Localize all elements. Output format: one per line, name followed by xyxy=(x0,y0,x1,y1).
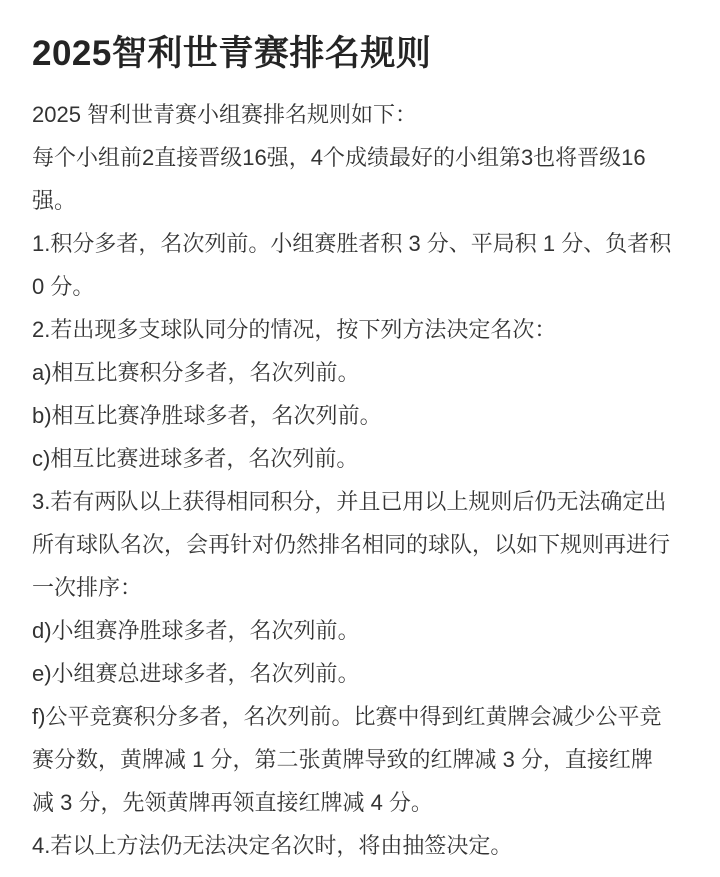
text-line: 每个小组前2直接晋级16强，4个成绩最好的小组第3也将晋级16 xyxy=(32,136,693,179)
text-line: 2.若出现多支球队同分的情况，按下列方法决定名次： xyxy=(32,308,693,351)
text-line: 3.若有两队以上获得相同积分，并且已用以上规则后仍无法确定出 xyxy=(32,480,693,523)
text-line: f)公平竞赛积分多者，名次列前。比赛中得到红黄牌会减少公平竞 xyxy=(32,695,693,738)
article-page: 2025智利世青赛排名规则 2025 智利世青赛小组赛排名规则如下：每个小组前2… xyxy=(0,0,720,877)
paragraph: 1.积分多者，名次列前。小组赛胜者积 3 分、平局积 1 分、负者积0 分。 xyxy=(32,222,693,308)
text-line: 1.积分多者，名次列前。小组赛胜者积 3 分、平局积 1 分、负者积 xyxy=(32,222,693,265)
paragraph: a)相互比赛积分多者，名次列前。 xyxy=(32,351,693,394)
text-line: 赛分数，黄牌减 1 分，第二张黄牌导致的红牌减 3 分，直接红牌 xyxy=(32,738,693,781)
text-line: 2025 智利世青赛小组赛排名规则如下： xyxy=(32,93,693,136)
text-line: d)小组赛净胜球多者，名次列前。 xyxy=(32,609,693,652)
article-body: 2025 智利世青赛小组赛排名规则如下：每个小组前2直接晋级16强，4个成绩最好… xyxy=(32,93,693,867)
paragraph: 4.若以上方法仍无法决定名次时，将由抽签决定。 xyxy=(32,824,693,867)
paragraph: e)小组赛总进球多者，名次列前。 xyxy=(32,652,693,695)
paragraph: c)相互比赛进球多者，名次列前。 xyxy=(32,437,693,480)
text-line: 4.若以上方法仍无法决定名次时，将由抽签决定。 xyxy=(32,824,693,867)
text-line: 一次排序： xyxy=(32,566,693,609)
paragraph: 每个小组前2直接晋级16强，4个成绩最好的小组第3也将晋级16强。 xyxy=(32,136,693,222)
paragraph: b)相互比赛净胜球多者，名次列前。 xyxy=(32,394,693,437)
text-line: a)相互比赛积分多者，名次列前。 xyxy=(32,351,693,394)
text-line: c)相互比赛进球多者，名次列前。 xyxy=(32,437,693,480)
paragraph: 3.若有两队以上获得相同积分，并且已用以上规则后仍无法确定出所有球队名次，会再针… xyxy=(32,480,693,609)
text-line: 0 分。 xyxy=(32,265,693,308)
text-line: 强。 xyxy=(32,179,693,222)
text-line: 所有球队名次，会再针对仍然排名相同的球队，以如下规则再进行 xyxy=(32,523,693,566)
text-line: 减 3 分，先领黄牌再领直接红牌减 4 分。 xyxy=(32,781,693,824)
text-line: b)相互比赛净胜球多者，名次列前。 xyxy=(32,394,693,437)
paragraph: d)小组赛净胜球多者，名次列前。 xyxy=(32,609,693,652)
page-title: 2025智利世青赛排名规则 xyxy=(32,30,693,78)
text-line: e)小组赛总进球多者，名次列前。 xyxy=(32,652,693,695)
paragraph: 2025 智利世青赛小组赛排名规则如下： xyxy=(32,93,693,136)
paragraph: 2.若出现多支球队同分的情况，按下列方法决定名次： xyxy=(32,308,693,351)
paragraph: f)公平竞赛积分多者，名次列前。比赛中得到红黄牌会减少公平竞赛分数，黄牌减 1 … xyxy=(32,695,693,824)
